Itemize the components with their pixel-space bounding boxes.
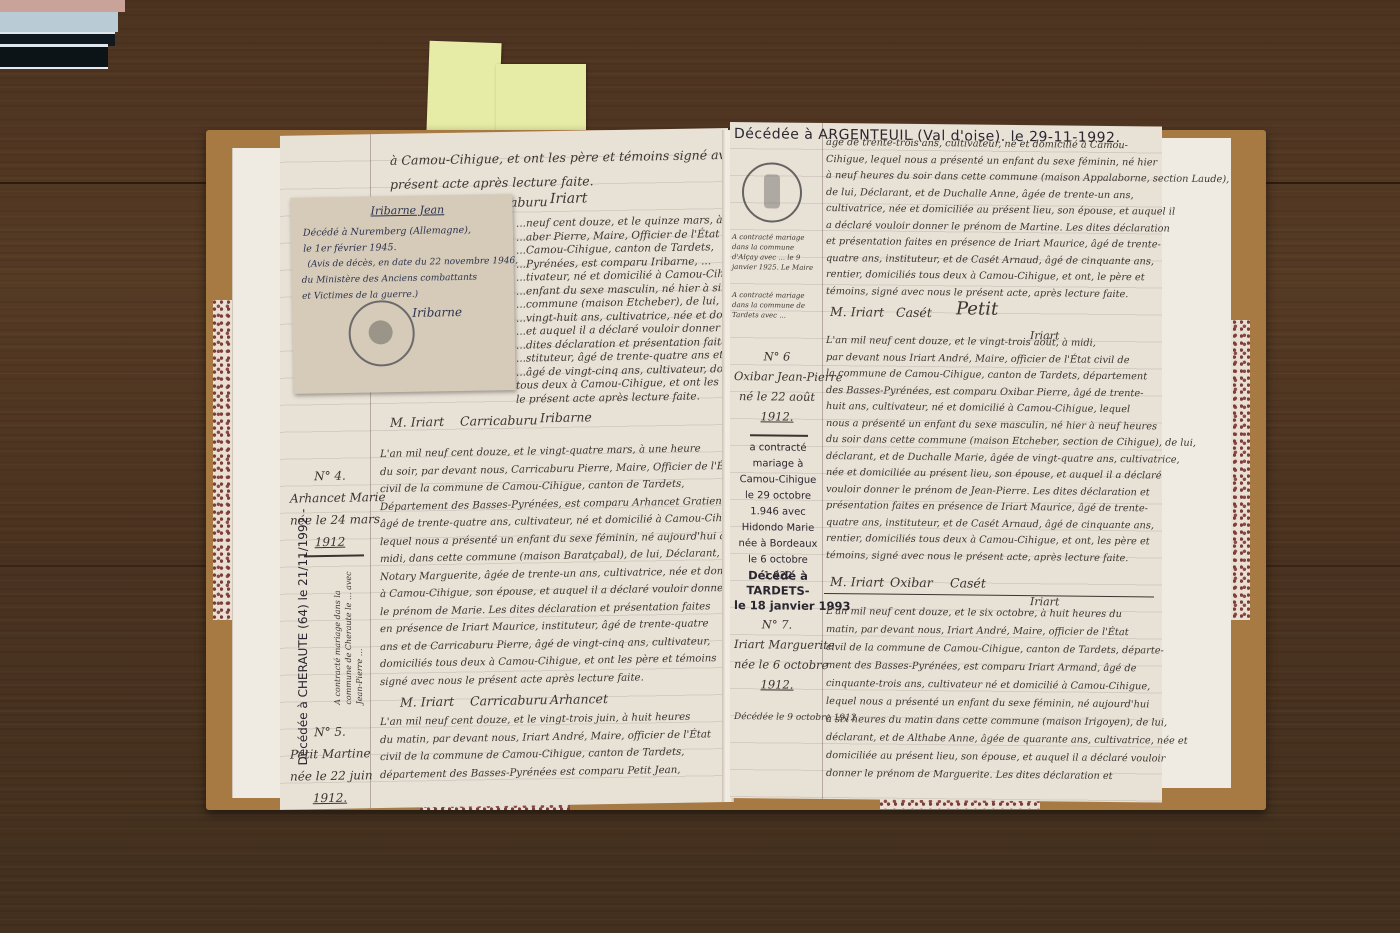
signature: Iribarne xyxy=(540,404,592,431)
pasted-death-notice: Iribarne Jean Décédé à Nuremberg (Allema… xyxy=(290,194,515,394)
fiscal-stamp-icon xyxy=(742,162,802,223)
entry-name: Oxibar Jean-Pierre xyxy=(734,366,820,387)
entry-birthdate: née le 6 octobre xyxy=(734,654,820,675)
right-page: Décédée à ARGENTEUIL (Val d'oise). le 29… xyxy=(730,122,1162,803)
entry-5-text: L'an mil neuf cent douze, et le vingt-tr… xyxy=(380,708,711,784)
note-line: du Ministère des Anciens combattants xyxy=(302,273,478,286)
annotation-line: le 29 octobre xyxy=(736,488,820,505)
entry-6-text: L'an mil neuf cent douze, et le vingt-tr… xyxy=(826,333,1196,568)
note-line: et Victimes de la guerre.) xyxy=(302,290,418,302)
signature: Oxibar xyxy=(890,570,933,597)
divider xyxy=(750,434,808,437)
note-title: Iribarne Jean xyxy=(370,203,444,217)
entry-7-text: L'an mil neuf cent douze, et le six octo… xyxy=(826,603,1188,787)
entry-4-text: L'an mil neuf cent douze, et le vingt-qu… xyxy=(380,439,757,691)
annotation-line: TARDETS- xyxy=(734,583,822,599)
annotation-line: Décédé à xyxy=(734,568,822,584)
mairie-stamp-icon xyxy=(348,300,415,367)
marriage-annotation: a contractémariage àCamou-Cihiguele 29 o… xyxy=(736,440,820,585)
entry-birthdate: né le 22 août xyxy=(734,386,820,407)
note-line: Décédé à Nuremberg (Allemagne), xyxy=(303,225,471,239)
signature: M. Iriart xyxy=(830,569,884,596)
sticky-note[interactable] xyxy=(426,41,501,135)
text-line: témoins, signé avec nous le présent acte… xyxy=(826,548,1196,568)
entry-6-margin: N° 6 Oxibar Jean-Pierre né le 22 août 19… xyxy=(734,346,820,427)
entry-number: N° 5. xyxy=(290,720,370,743)
entry-name: Arhancet Marie xyxy=(290,486,370,509)
note-line: (Avis de décès, en date du 22 novembre 1… xyxy=(307,256,518,270)
entry-year: 1912. xyxy=(734,406,820,427)
signature: Casét xyxy=(950,570,986,597)
annotation-line: Camou-Cihigue xyxy=(736,472,820,489)
entry-7-margin: N° 7. Iriart Marguerite née le 6 octobre… xyxy=(734,614,820,695)
entry-number: N° 7. xyxy=(734,614,820,635)
entry-5-margin: N° 5. Petit Martine née le 22 juin 1912. xyxy=(290,720,370,809)
entry-number: N° 6 xyxy=(734,346,820,367)
annotation-line: le 18 janvier 1993 xyxy=(734,598,822,614)
entry-name: Iriart Marguerite xyxy=(734,634,820,655)
signature: Carricaburu xyxy=(460,407,538,435)
annotation-line: née à Bordeaux xyxy=(736,536,820,553)
entry-5-continued-text: âgé de trente-trois ans, cultivateur, né… xyxy=(826,135,1229,304)
entry-birthdate: née le 22 juin xyxy=(290,764,370,787)
annotation-line: 1.946 avec xyxy=(736,504,820,521)
text-line: témoins, signé avec nous le présent acte… xyxy=(826,284,1229,305)
signature: Petit xyxy=(956,296,998,323)
text-line: donner le prénom de Marguerite. Les dite… xyxy=(826,765,1188,787)
note-signature: Iribarne xyxy=(412,305,462,320)
sticky-note[interactable] xyxy=(496,64,586,134)
marriage-annotation: A contracté mariage dans la commune de C… xyxy=(332,564,365,705)
death-annotation: Décédé àTARDETS-le 18 janvier 1993 xyxy=(734,568,822,614)
entry-year: 1912. xyxy=(734,674,820,695)
book-stack xyxy=(0,0,125,68)
annotation-line: le 6 octobre xyxy=(736,552,820,569)
signature: M. Iriart xyxy=(830,299,884,326)
note-line: le 1er février 1945. xyxy=(303,242,397,255)
divider xyxy=(304,554,364,557)
annotation-line: a contracté xyxy=(736,440,820,457)
margin-line xyxy=(822,123,823,799)
signature: Casét xyxy=(896,300,932,327)
entry-year: 1912. xyxy=(290,786,370,809)
signature: M. Iriart xyxy=(390,409,444,436)
margin-note: A contracté mariage dans la commune de T… xyxy=(732,290,820,321)
entry-number: N° 4. xyxy=(290,464,370,487)
entry-name: Petit Martine xyxy=(290,742,370,765)
margin-note: A contracté mariage dans la commune d'Al… xyxy=(732,232,820,273)
annotation-line: Hidondo Marie xyxy=(736,520,820,537)
annotation-line: mariage à xyxy=(736,456,820,473)
page-edges-left xyxy=(232,148,283,798)
signature: Iriart xyxy=(550,185,587,212)
